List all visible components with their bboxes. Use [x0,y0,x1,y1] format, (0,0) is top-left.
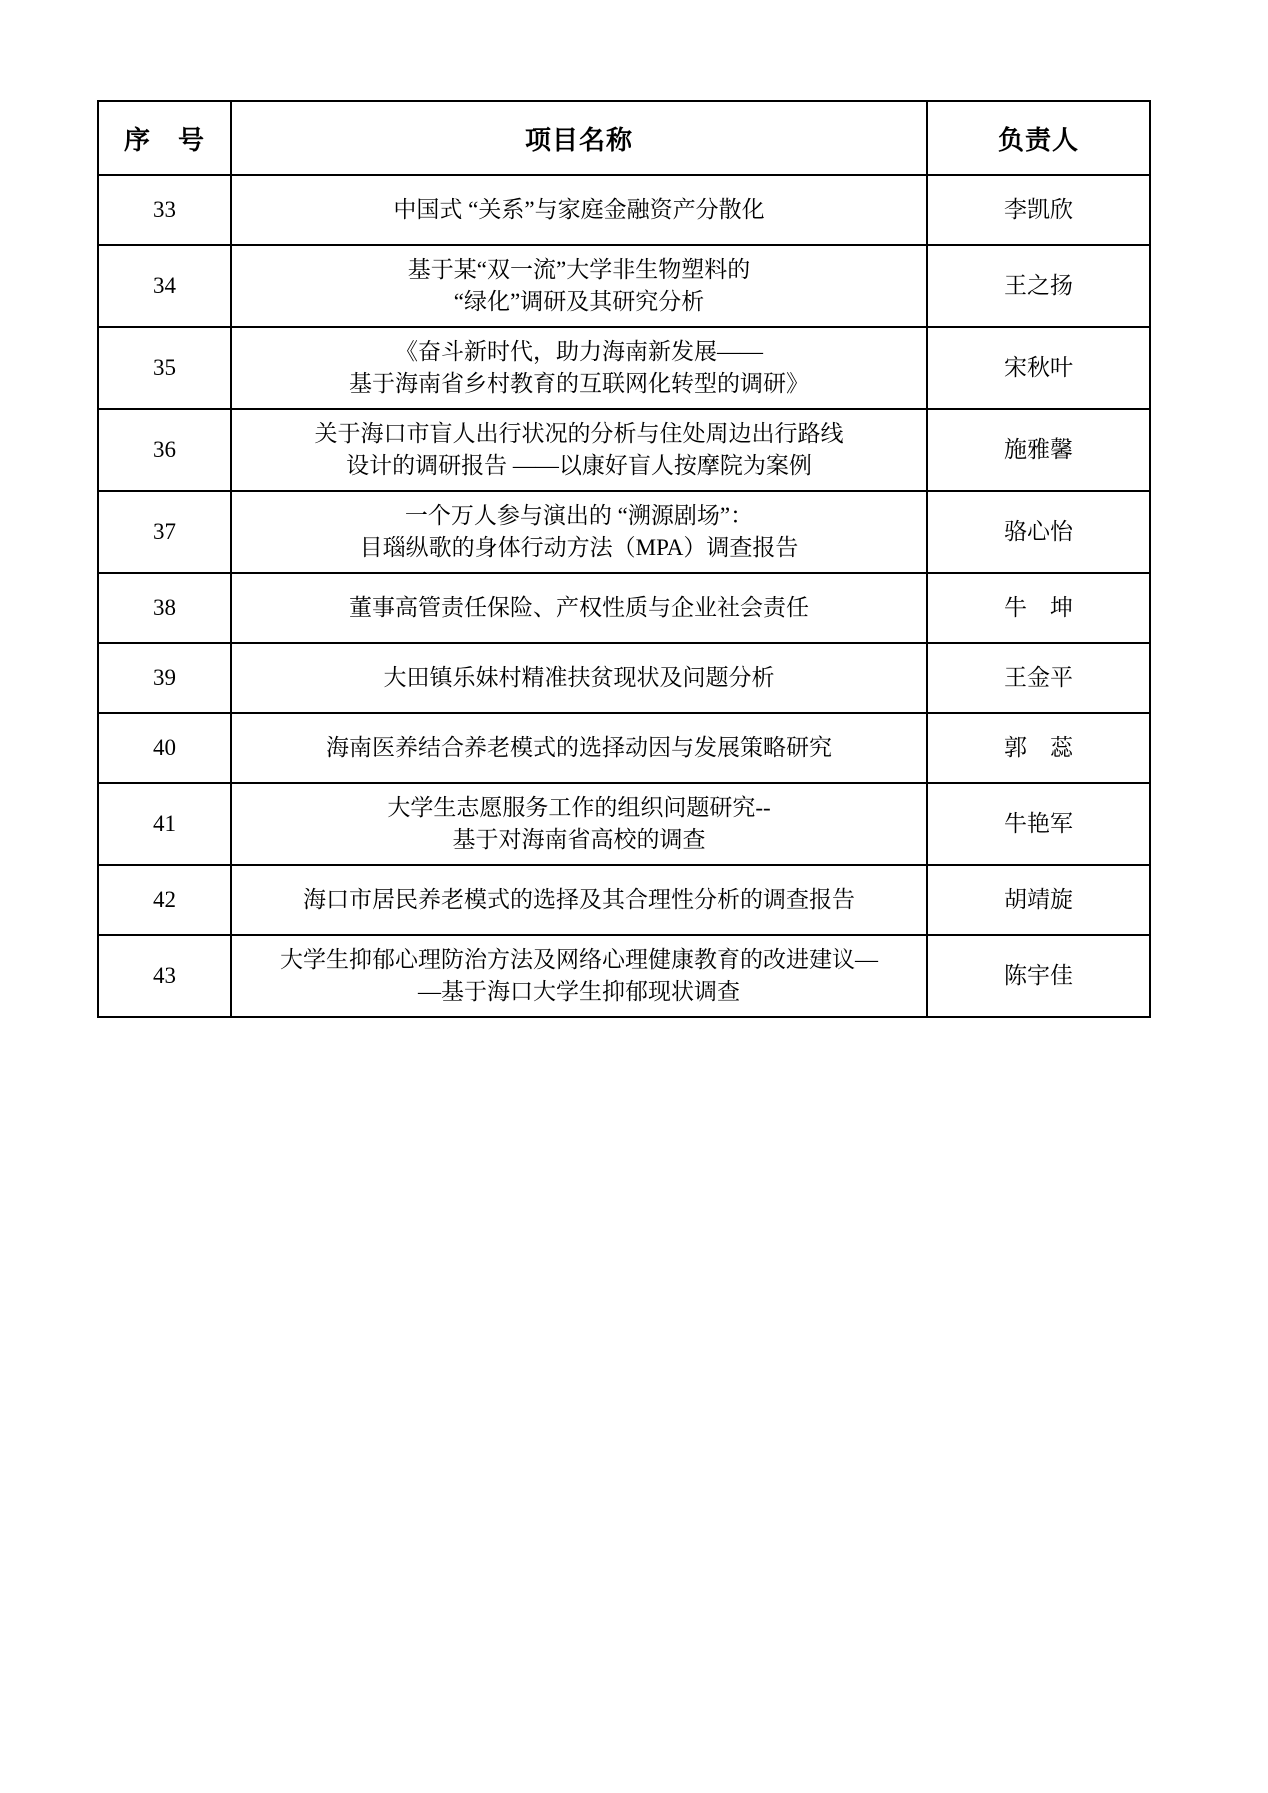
header-index: 序 号 [98,101,231,175]
table-row: 33 中国式 “关系”与家庭金融资产分散化 李凯欣 [98,175,1150,245]
leader-name: 郭 蕊 [927,713,1150,783]
project-name: 基于某“双一流”大学非生物塑料的 “绿化”调研及其研究分析 [231,245,927,327]
table-row: 34 基于某“双一流”大学非生物塑料的 “绿化”调研及其研究分析 王之扬 [98,245,1150,327]
table-header: 序 号 项目名称 负责人 [98,101,1150,175]
leader-name: 王之扬 [927,245,1150,327]
row-index: 39 [98,643,231,713]
leader-name: 施雅馨 [927,409,1150,491]
row-index: 41 [98,783,231,865]
row-index: 43 [98,935,231,1017]
leader-name: 李凯欣 [927,175,1150,245]
project-name: 一个万人参与演出的 “溯源剧场”： 目瑙纵歌的身体行动方法（MPA）调查报告 [231,491,927,573]
project-name: 大学生志愿服务工作的组织问题研究-- 基于对海南省高校的调查 [231,783,927,865]
table-row: 39 大田镇乐妹村精准扶贫现状及问题分析 王金平 [98,643,1150,713]
leader-name: 牛 坤 [927,573,1150,643]
row-index: 38 [98,573,231,643]
row-index: 37 [98,491,231,573]
header-row: 序 号 项目名称 负责人 [98,101,1150,175]
project-name: 大田镇乐妹村精准扶贫现状及问题分析 [231,643,927,713]
row-index: 34 [98,245,231,327]
leader-name: 胡靖旋 [927,865,1150,935]
header-leader: 负责人 [927,101,1150,175]
project-name: 海口市居民养老模式的选择及其合理性分析的调查报告 [231,865,927,935]
project-name: 海南医养结合养老模式的选择动因与发展策略研究 [231,713,927,783]
table-row: 40 海南医养结合养老模式的选择动因与发展策略研究 郭 蕊 [98,713,1150,783]
project-name: 董事高管责任保险、产权性质与企业社会责任 [231,573,927,643]
leader-name: 宋秋叶 [927,327,1150,409]
project-name: 中国式 “关系”与家庭金融资产分散化 [231,175,927,245]
table-row: 37 一个万人参与演出的 “溯源剧场”： 目瑙纵歌的身体行动方法（MPA）调查报… [98,491,1150,573]
project-name: 关于海口市盲人出行状况的分析与住处周边出行路线 设计的调研报告 ——以康好盲人按… [231,409,927,491]
row-index: 35 [98,327,231,409]
table-row: 36 关于海口市盲人出行状况的分析与住处周边出行路线 设计的调研报告 ——以康好… [98,409,1150,491]
project-name: 大学生抑郁心理防治方法及网络心理健康教育的改进建议— —基于海口大学生抑郁现状调… [231,935,927,1017]
row-index: 42 [98,865,231,935]
table-row: 43 大学生抑郁心理防治方法及网络心理健康教育的改进建议— —基于海口大学生抑郁… [98,935,1150,1017]
document-page: 序 号 项目名称 负责人 33 中国式 “关系”与家庭金融资产分散化 李凯欣 3… [0,0,1268,1793]
projects-table: 序 号 项目名称 负责人 33 中国式 “关系”与家庭金融资产分散化 李凯欣 3… [97,100,1151,1018]
row-index: 36 [98,409,231,491]
header-project: 项目名称 [231,101,927,175]
table-body: 33 中国式 “关系”与家庭金融资产分散化 李凯欣 34 基于某“双一流”大学非… [98,175,1150,1017]
leader-name: 牛艳军 [927,783,1150,865]
table-row: 38 董事高管责任保险、产权性质与企业社会责任 牛 坤 [98,573,1150,643]
leader-name: 骆心怡 [927,491,1150,573]
project-name: 《奋斗新时代，助力海南新发展—— 基于海南省乡村教育的互联网化转型的调研》 [231,327,927,409]
row-index: 33 [98,175,231,245]
leader-name: 王金平 [927,643,1150,713]
row-index: 40 [98,713,231,783]
table-row: 41 大学生志愿服务工作的组织问题研究-- 基于对海南省高校的调查 牛艳军 [98,783,1150,865]
table-row: 42 海口市居民养老模式的选择及其合理性分析的调查报告 胡靖旋 [98,865,1150,935]
leader-name: 陈宇佳 [927,935,1150,1017]
table-row: 35 《奋斗新时代，助力海南新发展—— 基于海南省乡村教育的互联网化转型的调研》… [98,327,1150,409]
